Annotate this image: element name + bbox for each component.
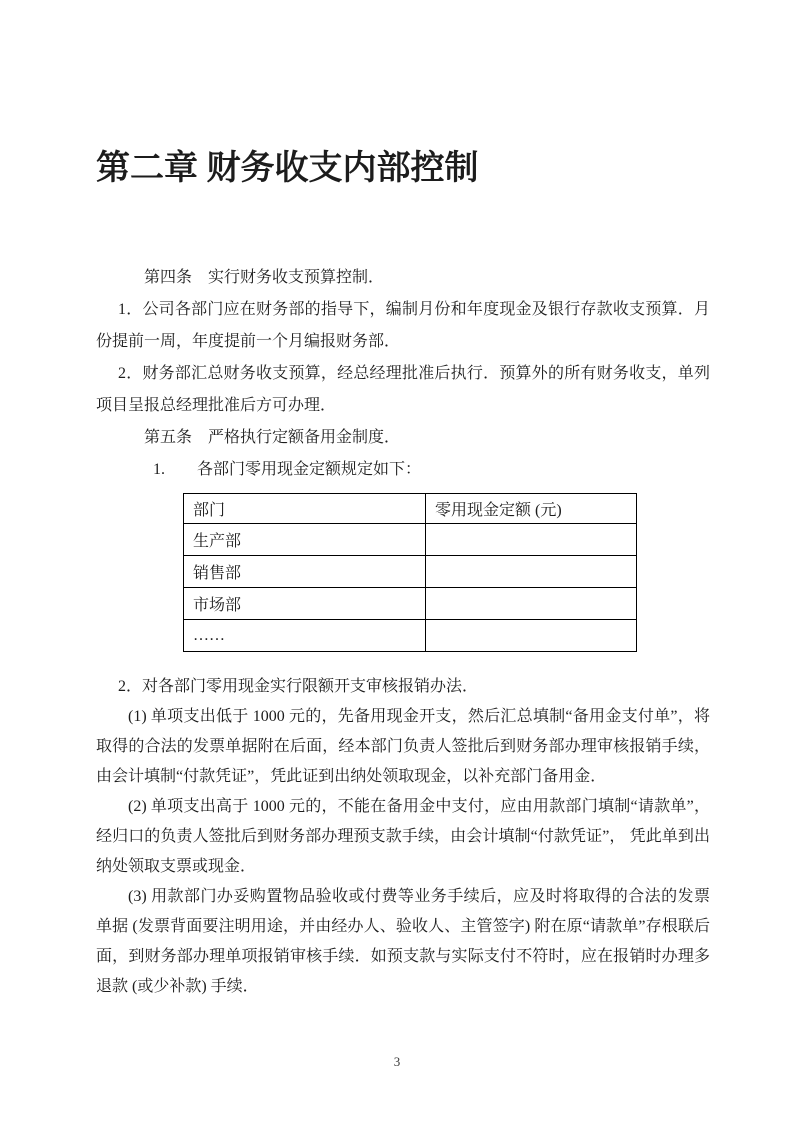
table-row: …… xyxy=(184,620,637,652)
paragraph-article-5-item-1: 1. 各部门零用现金定额规定如下： xyxy=(96,454,710,486)
table-cell-quota xyxy=(426,588,637,620)
table-cell-department: …… xyxy=(184,620,426,652)
table-cell-department: 市场部 xyxy=(184,588,426,620)
table-header-department: 部门 xyxy=(184,494,426,524)
table-cell-department: 销售部 xyxy=(184,556,426,588)
table-row: 市场部 xyxy=(184,588,637,620)
paragraph-article-5: 第五条 严格执行定额备用金制度． xyxy=(96,422,710,454)
document-content: 第二章 财务收支内部控制 第四条 实行财务收支预算控制． 1．公司各部门应在财务… xyxy=(96,148,710,1002)
paragraph-article-4: 第四条 实行财务收支预算控制． xyxy=(96,262,710,294)
document-page: 第二章 财务收支内部控制 第四条 实行财务收支预算控制． 1．公司各部门应在财务… xyxy=(0,0,794,1122)
petty-cash-quota-table: 部门 零用现金定额 (元) 生产部 销售部 市场部 …… xyxy=(183,493,637,652)
paragraph-sub-item-1: (1) 单项支出低于 1000 元的，先备用现金开支，然后汇总填制“备用金支付单… xyxy=(96,702,710,792)
chapter-title: 第二章 财务收支内部控制 xyxy=(96,148,710,190)
section-budget-control: 第四条 实行财务收支预算控制． 1．公司各部门应在财务部的指导下，编制月份和年度… xyxy=(96,262,710,486)
table-row: 销售部 xyxy=(184,556,637,588)
table-cell-quota xyxy=(426,524,637,556)
page-number: 3 xyxy=(0,1054,794,1070)
paragraph-sub-item-3: (3) 用款部门办妥购置物品验收或付费等业务手续后，应及时将取得的合法的发票单据… xyxy=(96,882,710,1002)
table-cell-quota xyxy=(426,620,637,652)
table-header-quota: 零用现金定额 (元) xyxy=(426,494,637,524)
paragraph-article-4-item-1: 1．公司各部门应在财务部的指导下，编制月份和年度现金及银行存款收支预算．月份提前… xyxy=(96,294,710,358)
paragraph-sub-item-2: (2) 单项支出高于 1000 元的，不能在备用金中支付，应由用款部门填制“请款… xyxy=(96,792,710,882)
paragraph-article-5-item-2: 2．对各部门零用现金实行限额开支审核报销办法． xyxy=(96,672,710,702)
table-header-row: 部门 零用现金定额 (元) xyxy=(184,494,637,524)
table-row: 生产部 xyxy=(184,524,637,556)
section-reimbursement-rules: 2．对各部门零用现金实行限额开支审核报销办法． (1) 单项支出低于 1000 … xyxy=(96,672,710,1002)
table-cell-department: 生产部 xyxy=(184,524,426,556)
table-cell-quota xyxy=(426,556,637,588)
paragraph-article-4-item-2: 2．财务部汇总财务收支预算，经总经理批准后执行．预算外的所有财务收支，单列项目呈… xyxy=(96,358,710,422)
